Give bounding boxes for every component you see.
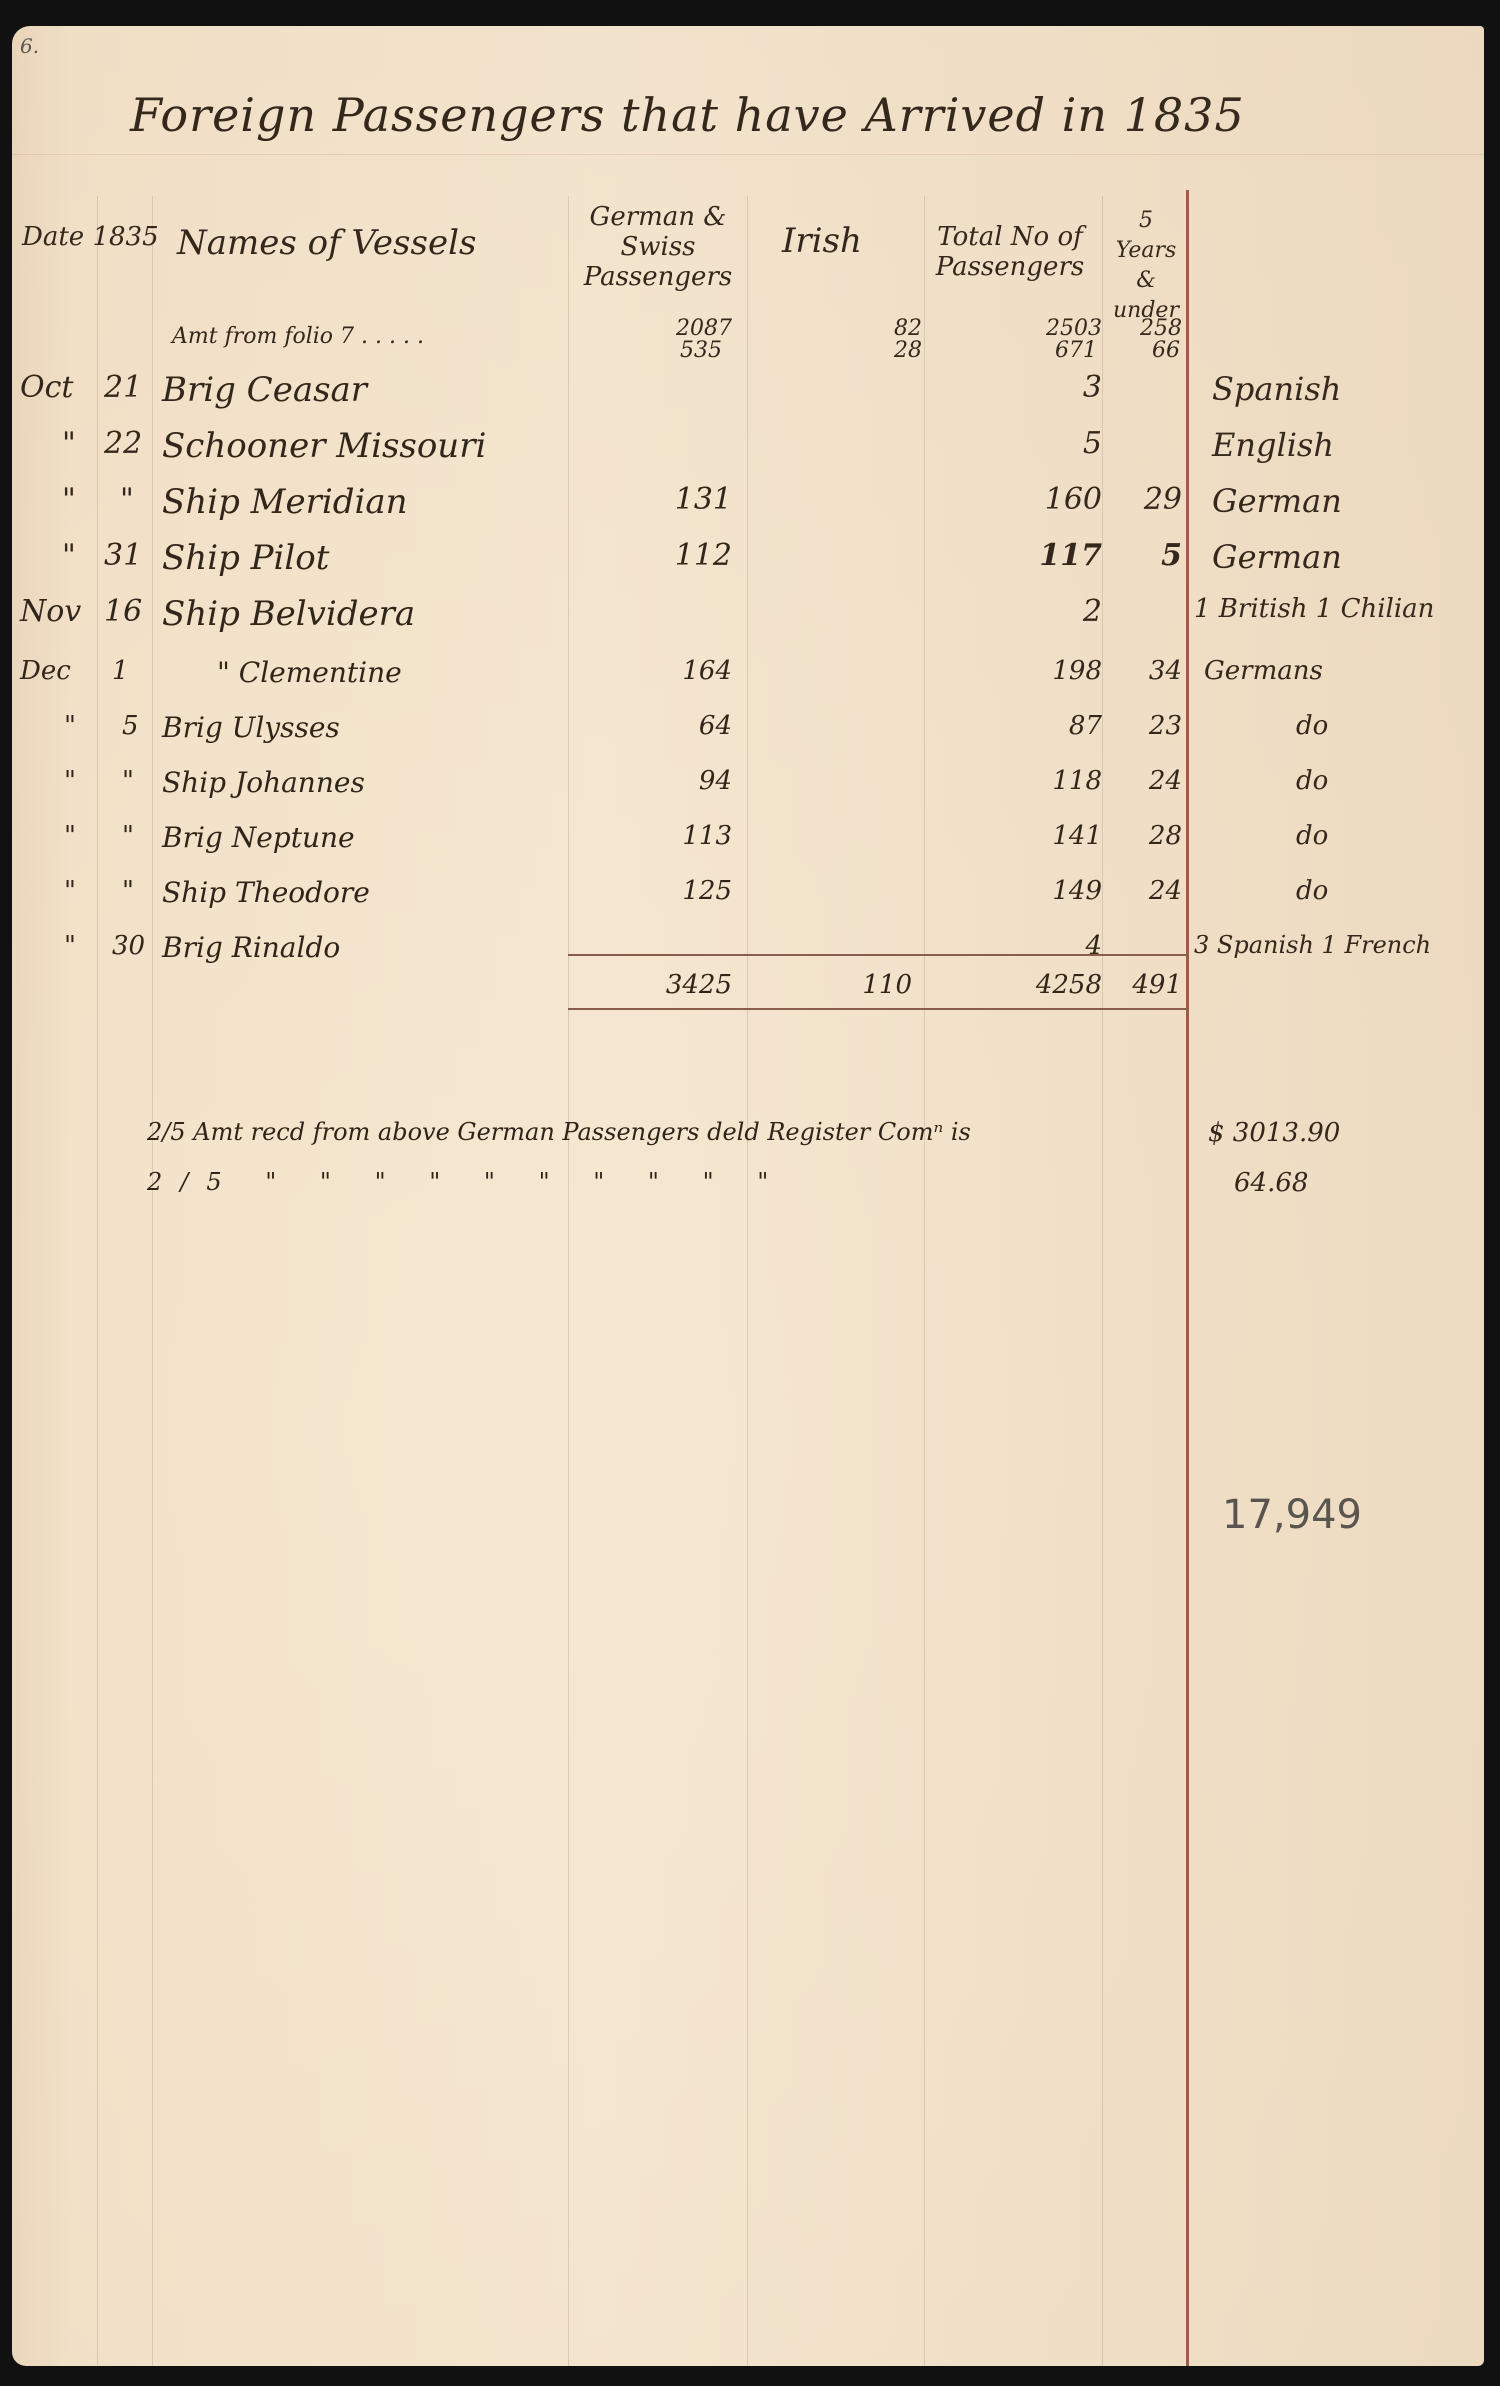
header-total: Total No of Passengers (930, 222, 1090, 282)
ledger-page: 6. Foreign Passengers that have Arrived … (12, 26, 1484, 2366)
row-nationality: 3 Spanish 1 French (1194, 931, 1431, 959)
row-vessel: Brig Neptune (162, 821, 355, 854)
header-irish: Irish (782, 226, 862, 256)
total-irish: 110 (812, 970, 912, 1000)
row-day: 22 (104, 426, 142, 461)
row-nationality: do (1296, 821, 1328, 851)
brought-forward-label: Amt from folio 7 . . . . . (172, 324, 424, 349)
row-vessel: Brig Rinaldo (162, 931, 340, 964)
row-day: " (122, 821, 134, 851)
row-month: " (64, 821, 76, 851)
bf-irish-sub: 28 (832, 338, 922, 363)
table-row: Nov 16 Ship Belvidera 2 1 British 1 Chil… (12, 594, 1484, 646)
row-under5: 5 (1112, 538, 1182, 573)
row-vessel: " Clementine (217, 656, 402, 689)
row-total: 160 (972, 482, 1102, 517)
table-row: " " Brig Neptune 113 141 28 do (12, 821, 1484, 873)
row-german-swiss: 131 (612, 482, 732, 517)
brought-forward-row: Amt from folio 7 . . . . . 2087 535 82 2… (12, 316, 1484, 368)
bf-total-sub: 671 (972, 338, 1097, 363)
row-day: 1 (112, 656, 129, 686)
row-under5: 23 (1112, 711, 1182, 741)
row-german-swiss: 112 (612, 538, 732, 573)
row-german-swiss: 64 (612, 711, 732, 741)
row-month: " (64, 766, 76, 796)
table-row: " 5 Brig Ulysses 64 87 23 do (12, 711, 1484, 763)
bf-german-swiss-sub: 535 (612, 338, 722, 363)
row-month: " (62, 482, 76, 517)
total-rule-top (568, 954, 1186, 956)
row-nationality: 1 British 1 Chilian (1194, 594, 1434, 624)
total-rule-bottom (568, 1008, 1186, 1010)
header-date: Date 1835 (22, 222, 102, 252)
row-month: Nov (20, 594, 81, 629)
table-row: " " Ship Theodore 125 149 24 do (12, 876, 1484, 928)
row-day: 16 (104, 594, 142, 629)
row-nationality: German (1212, 482, 1342, 520)
row-vessel: Ship Johannes (162, 766, 365, 799)
row-month: " (62, 538, 76, 573)
row-under5: 34 (1112, 656, 1182, 686)
totals-row: 3425 110 4258 491 (12, 970, 1484, 1022)
row-vessel: Schooner Missouri (162, 426, 486, 466)
row-day: " (120, 482, 134, 517)
total-under5: 491 (1112, 970, 1182, 1000)
row-total: 117 (972, 538, 1102, 573)
table-row: " 31 Ship Pilot 112 117 5 German (12, 538, 1484, 590)
page-title: Foreign Passengers that have Arrived in … (130, 88, 1245, 142)
row-vessel: Ship Theodore (162, 876, 370, 909)
row-vessel: Brig Ulysses (162, 711, 340, 744)
row-month: " (64, 711, 76, 741)
row-german-swiss: 125 (612, 876, 732, 906)
table-row: " " Ship Meridian 131 160 29 German (12, 482, 1484, 534)
bf-under5-sub: 66 (1112, 338, 1180, 363)
row-under5: 24 (1112, 766, 1182, 796)
table-row: Dec 1 " Clementine 164 198 34 Germans (12, 656, 1484, 708)
row-day: 5 (122, 711, 139, 741)
row-month: Oct (20, 370, 73, 405)
note-amount-2: 64.68 (1234, 1168, 1308, 1198)
row-month: " (64, 931, 76, 961)
row-month: " (62, 426, 76, 461)
pencil-annotation: 17,949 (1222, 1492, 1362, 1538)
row-total: 141 (972, 821, 1102, 851)
row-under5: 24 (1112, 876, 1182, 906)
row-total: 4 (972, 931, 1102, 961)
note-line-1: 2/5 Amt recd from above German Passenger… (147, 1118, 971, 1146)
row-vessel: Ship Belvidera (162, 594, 415, 634)
row-german-swiss: 94 (612, 766, 732, 796)
row-nationality: do (1296, 711, 1328, 741)
row-month: " (64, 876, 76, 906)
row-total: 3 (972, 370, 1102, 405)
row-day: " (122, 766, 134, 796)
header-under5: 5 Years & under (1106, 206, 1186, 326)
header-german-swiss: German & Swiss Passengers (578, 202, 738, 292)
row-nationality: German (1212, 538, 1342, 576)
page-number: 6. (20, 34, 39, 58)
row-day: " (122, 876, 134, 906)
row-total: 118 (972, 766, 1102, 796)
row-total: 87 (972, 711, 1102, 741)
table-row: " " Ship Johannes 94 118 24 do (12, 766, 1484, 818)
row-total: 5 (972, 426, 1102, 461)
table-row: " 22 Schooner Missouri 5 English (12, 426, 1484, 478)
row-total: 198 (972, 656, 1102, 686)
row-day: 30 (112, 931, 145, 961)
row-nationality: Germans (1204, 656, 1323, 686)
header-vessel: Names of Vessels (177, 228, 476, 258)
total-total: 4258 (972, 970, 1102, 1000)
row-german-swiss: 164 (612, 656, 732, 686)
header-rule (12, 154, 1484, 155)
row-total: 149 (972, 876, 1102, 906)
note-line-2: 2/5 " " " " " " " " " " (147, 1168, 786, 1196)
row-total: 2 (972, 594, 1102, 629)
row-day: 21 (104, 370, 142, 405)
row-nationality: English (1212, 426, 1334, 464)
total-german-swiss: 3425 (612, 970, 732, 1000)
row-vessel: Ship Pilot (162, 538, 329, 578)
row-nationality: Spanish (1212, 370, 1341, 408)
row-vessel: Brig Ceasar (162, 370, 367, 410)
row-under5: 28 (1112, 821, 1182, 851)
row-month: Dec (20, 656, 71, 686)
row-nationality: do (1296, 876, 1328, 906)
row-under5: 29 (1112, 482, 1182, 517)
table-row: Oct 21 Brig Ceasar 3 Spanish (12, 370, 1484, 422)
row-nationality: do (1296, 766, 1328, 796)
row-day: 31 (104, 538, 142, 573)
row-german-swiss: 113 (612, 821, 732, 851)
note-amount-1: $ 3013.90 (1208, 1118, 1340, 1148)
row-vessel: Ship Meridian (162, 482, 408, 522)
